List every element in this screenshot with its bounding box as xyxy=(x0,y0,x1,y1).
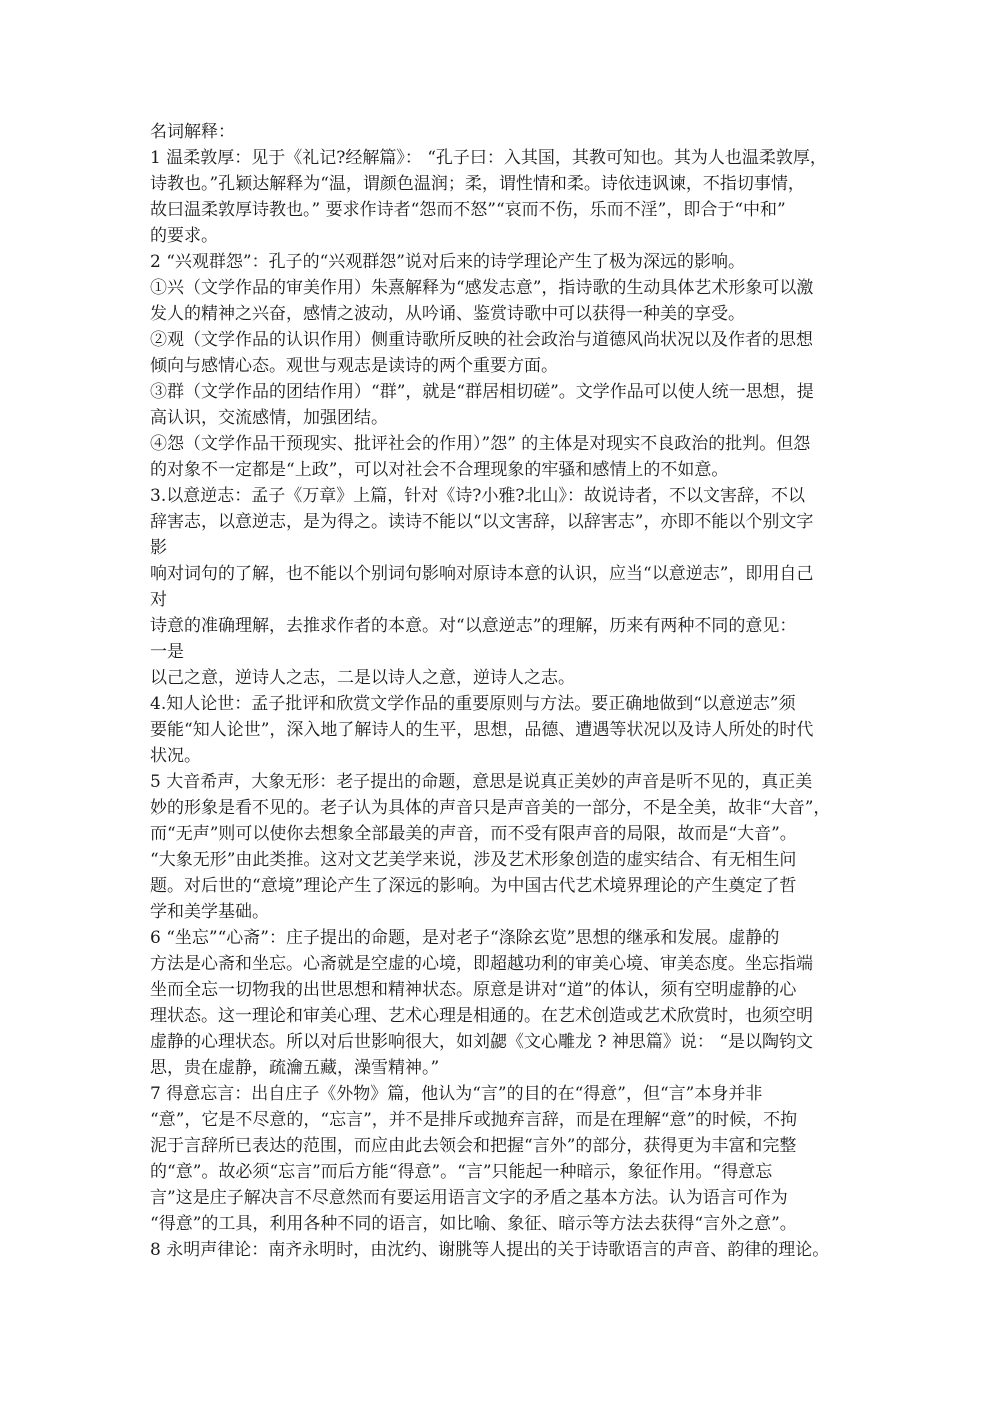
document-line: “意”，它是不尽意的，“忘言”，并不是排斥或抛弃言辞，而是在理解“意”的时候，不… xyxy=(150,1107,870,1133)
document-line: 思，贵在虚静，疏瀹五藏，澡雪精神。” xyxy=(150,1055,870,1081)
document-line: “大象无形”由此类推。这对文艺美学来说，涉及艺术形象创造的虚实结合、有无相生问 xyxy=(150,847,870,873)
document-line: 而“无声”则可以使你去想象全部最美的声音，而不受有限声音的局限，故而是“大音”。 xyxy=(150,821,870,847)
document-line: 虚静的心理状态。所以对后世影响很大，如刘勰《文心雕龙 ? 神思篇》说： “是以陶… xyxy=(150,1029,870,1055)
document-line: 6 “坐忘”“心斋”：庄子提出的命题，是对老子“涤除玄览”思想的继承和发展。虚静… xyxy=(150,925,870,951)
document-line: 4.知人论世：孟子批评和欣赏文学作品的重要原则与方法。要正确地做到“以意逆志”须 xyxy=(150,691,870,717)
document-line: 泥于言辞所已表达的范围，而应由此去领会和把握“言外”的部分，获得更为丰富和完整 xyxy=(150,1133,870,1159)
document-line: 的“意”。故必须“忘言”而后方能“得意”。“言”只能起一种暗示，象征作用。“得意… xyxy=(150,1159,870,1185)
document-body: 名词解释： 1 温柔敦厚：见于《礼记?经解篇》： “孔子曰：入其国，其教可知也。… xyxy=(150,119,870,1263)
document-page: 名词解释： 1 温柔敦厚：见于《礼记?经解篇》： “孔子曰：入其国，其教可知也。… xyxy=(0,0,993,1404)
document-line: ④怨（文学作品干预现实、批评社会的作用）”怨” 的主体是对现实不良政治的批判。但… xyxy=(150,431,870,457)
document-line: 发人的精神之兴奋，感情之波动，从吟诵、鉴赏诗歌中可以获得一种美的享受。 xyxy=(150,301,870,327)
document-line: 诗教也。”孔颖达解释为“温，谓颜色温润；柔，谓性情和柔。诗依违讽谏，不指切事情， xyxy=(150,171,870,197)
document-line: 以己之意，逆诗人之志，二是以诗人之意，逆诗人之志。 xyxy=(150,665,870,691)
document-line: 学和美学基础。 xyxy=(150,899,870,925)
document-line: 2 “兴观群怨”：孔子的“兴观群怨”说对后来的诗学理论产生了极为深远的影响。 xyxy=(150,249,870,275)
document-line: 一是 xyxy=(150,639,870,665)
document-line: 坐而全忘一切物我的出世思想和精神状态。原意是讲对“道”的体认，须有空明虚静的心 xyxy=(150,977,870,1003)
document-line: 对 xyxy=(150,587,870,613)
document-line: 故曰温柔敦厚诗教也。” 要求作诗者“怨而不怒”“哀而不伤，乐而不淫”，即合于“中… xyxy=(150,197,870,223)
document-line: 辞害志，以意逆志，是为得之。读诗不能以“以文害辞，以辞害志”，亦即不能以个别文字 xyxy=(150,509,870,535)
document-line: ②观（文学作品的认识作用）侧重诗歌所反映的社会政治与道德风尚状况以及作者的思想 xyxy=(150,327,870,353)
document-line: 响对词句的了解，也不能以个别词句影响对原诗本意的认识，应当“以意逆志”，即用自己 xyxy=(150,561,870,587)
document-line: 7 得意忘言：出自庄子《外物》篇，他认为“言”的目的在“得意”，但“言”本身并非 xyxy=(150,1081,870,1107)
document-line: 高认识，交流感情，加强团结。 xyxy=(150,405,870,431)
document-line: 要能“知人论世”，深入地了解诗人的生平，思想，品德、遭遇等状况以及诗人所处的时代 xyxy=(150,717,870,743)
document-line: 1 温柔敦厚：见于《礼记?经解篇》： “孔子曰：入其国，其教可知也。其为人也温柔… xyxy=(150,145,870,171)
document-line: 方法是心斋和坐忘。心斋就是空虚的心境，即超越功利的审美心境、审美态度。坐忘指端 xyxy=(150,951,870,977)
document-line: 理状态。这一理论和审美心理、艺术心理是相通的。在艺术创造或艺术欣赏时，也须空明 xyxy=(150,1003,870,1029)
document-line: 诗意的准确理解，去推求作者的本意。对“以意逆志”的理解，历来有两种不同的意见： xyxy=(150,613,870,639)
document-line: 8 永明声律论：南齐永明时，由沈约、谢朓等人提出的关于诗歌语言的声音、韵律的理论… xyxy=(150,1237,870,1263)
document-line: 影 xyxy=(150,535,870,561)
document-line: 状况。 xyxy=(150,743,870,769)
document-line: 的对象不一定都是“上政”，可以对社会不合理现象的牢骚和感情上的不如意。 xyxy=(150,457,870,483)
document-heading: 名词解释： xyxy=(150,119,870,145)
document-line: 3.以意逆志：孟子《万章》上篇，针对《诗?小雅?北山》：故说诗者，不以文害辞，不… xyxy=(150,483,870,509)
document-line: 倾向与感情心态。观世与观志是读诗的两个重要方面。 xyxy=(150,353,870,379)
document-line: ③群（文学作品的团结作用）“群”，就是“群居相切磋”。文学作品可以使人统一思想，… xyxy=(150,379,870,405)
document-line: 言”这是庄子解决言不尽意然而有要运用语言文字的矛盾之基本方法。认为语言可作为 xyxy=(150,1185,870,1211)
document-line: 题。对后世的“意境”理论产生了深远的影响。为中国古代艺术境界理论的产生奠定了哲 xyxy=(150,873,870,899)
document-line: 妙的形象是看不见的。老子认为具体的声音只是声音美的一部分，不是全美，故非“大音”… xyxy=(150,795,870,821)
document-line: 5 大音希声，大象无形：老子提出的命题，意思是说真正美妙的声音是听不见的，真正美 xyxy=(150,769,870,795)
document-line: 的要求。 xyxy=(150,223,870,249)
document-line: “得意”的工具，利用各种不同的语言，如比喻、象征、暗示等方法去获得“言外之意”。 xyxy=(150,1211,870,1237)
document-line: ①兴（文学作品的审美作用）朱熹解释为“感发志意”，指诗歌的生动具体艺术形象可以激 xyxy=(150,275,870,301)
